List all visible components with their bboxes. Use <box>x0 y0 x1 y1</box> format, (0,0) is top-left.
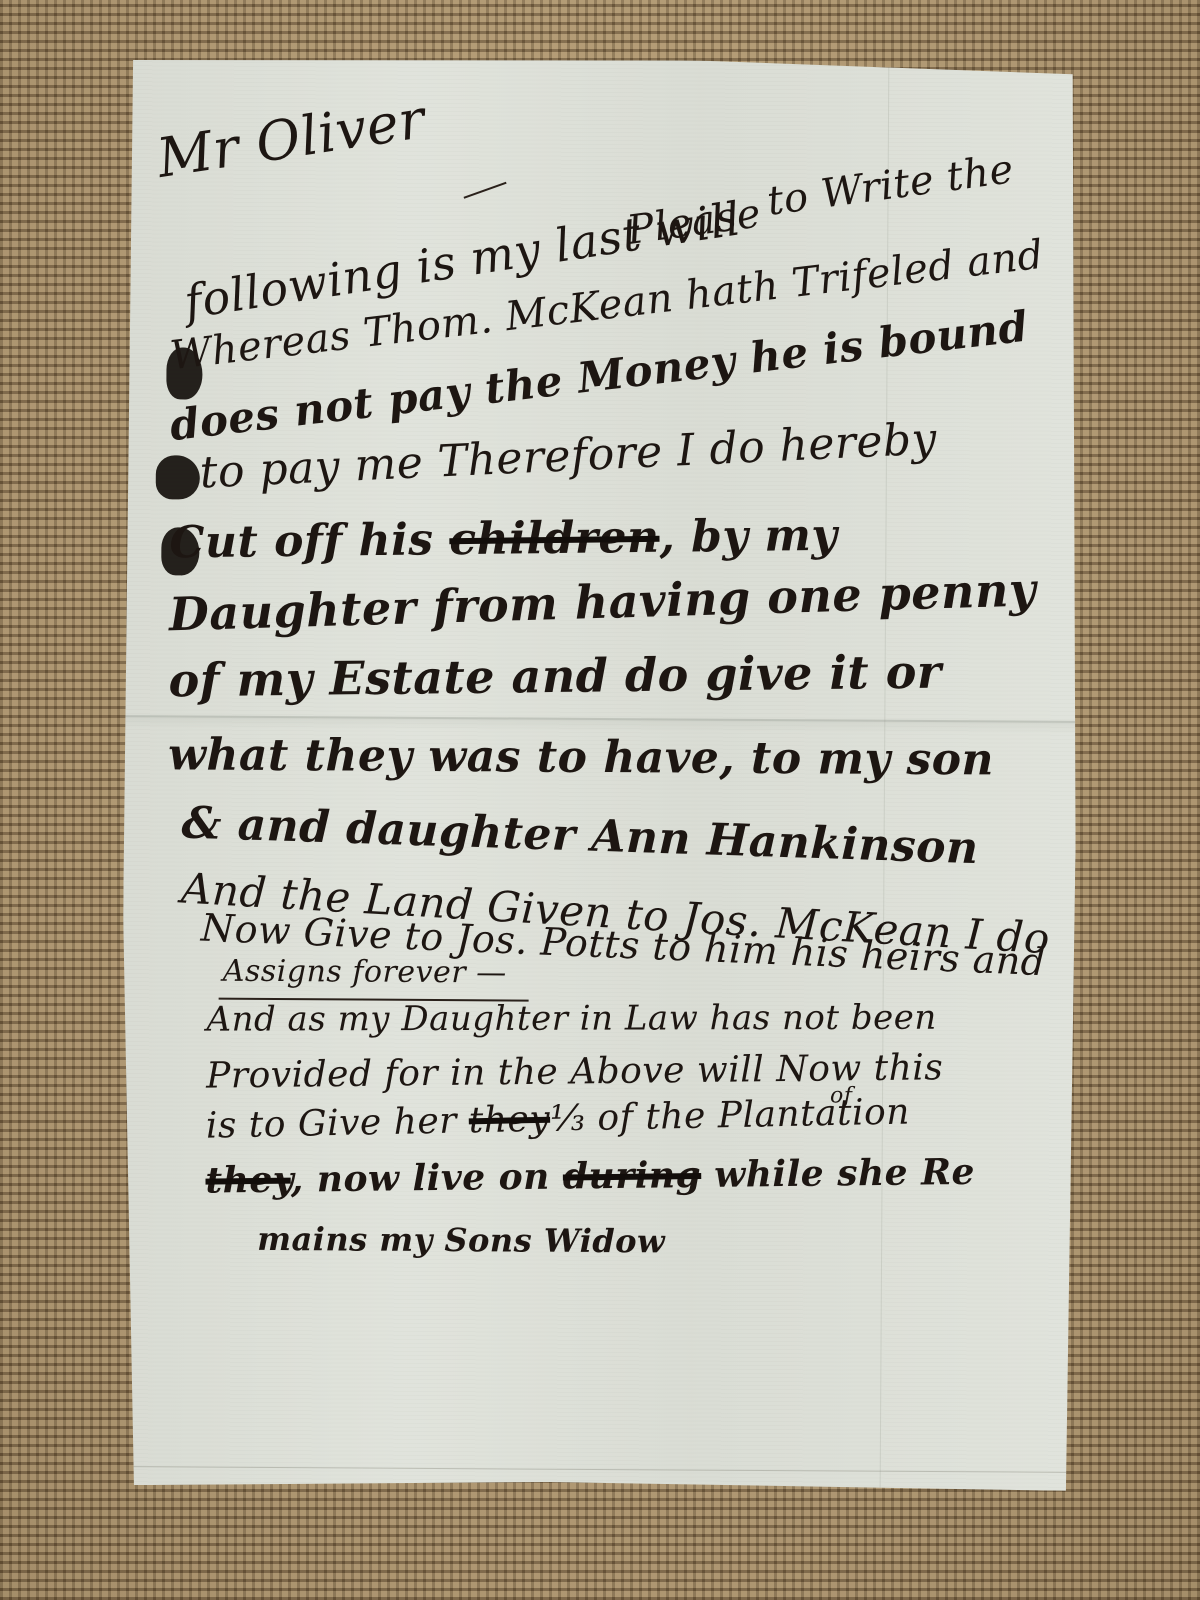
salutation: Mr Oliver <box>153 87 429 190</box>
salutation-flourish <box>464 182 507 199</box>
struck-word-they: they <box>468 1099 550 1142</box>
line-1-text: to Write the <box>764 146 1016 225</box>
while-she-re: while she Re <box>701 1151 975 1196</box>
paper-torn-bottom-edge <box>120 1466 1072 1473</box>
letter-line-7: Daughter from having one penny <box>168 562 1037 641</box>
letter-line-14: And as my Daughter in Law has not been <box>206 998 936 1040</box>
struck-word-children: children <box>449 512 660 565</box>
letter-line-10: & and daughter Ann Hankinson <box>181 797 980 874</box>
letter-line-13: Assigns forever — <box>223 954 507 991</box>
struck-word-they-prefix: they <box>205 1159 291 1202</box>
letter-line-1: to Write the <box>764 146 1016 225</box>
handwritten-letter-paper: Mr Oliver Please to Write the following … <box>120 57 1081 1491</box>
fraction: ⅓ <box>550 1098 586 1140</box>
by-my: , by my <box>659 510 837 563</box>
letter-line-6: Cut off his children, by my <box>169 510 838 569</box>
is-to-give-her: is to Give her <box>205 1100 469 1146</box>
horizontal-fold-crease <box>124 715 1076 723</box>
of-the-plantation: of the Plantation <box>585 1091 910 1139</box>
ink-blot <box>156 455 200 499</box>
letter-line-18: mains my Sons Widow <box>257 1220 665 1260</box>
letter-line-8: of my Estate and do give it or <box>168 645 942 708</box>
cut-off-his: Cut off his <box>169 514 450 568</box>
letter-line-17: they, now live on during while she Re <box>205 1151 975 1202</box>
letter-line-9: what they was to have, to my son <box>168 729 994 785</box>
letter-line-16: is to Give her they⅓ of the Plantation <box>205 1091 910 1146</box>
struck-word-during: during <box>563 1154 702 1198</box>
now-live-on: , now live on <box>290 1156 563 1201</box>
